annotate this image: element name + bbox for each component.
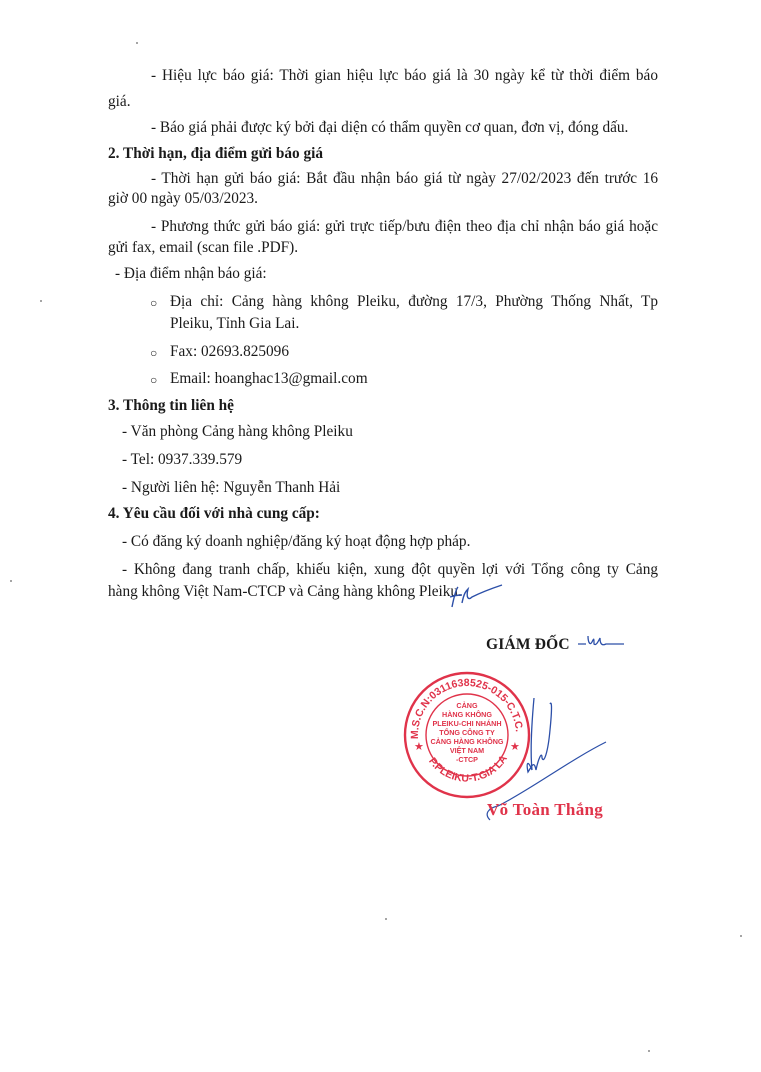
location-label: - Địa điểm nhận báo giá:	[115, 265, 267, 283]
method-line-1: - Phương thức gửi báo giá: gửi trực tiếp…	[151, 218, 658, 236]
deadline-line-1: - Thời hạn gửi báo giá: Bắt đầu nhận báo…	[151, 170, 658, 188]
address-line-1: Địa chỉ: Cảng hàng không Pleiku, đường 1…	[170, 293, 658, 311]
requirement-2-line-1: - Không đang tranh chấp, khiếu kiện, xun…	[122, 561, 658, 579]
validity-line-1: - Hiệu lực báo giá: Thời gian hiệu lực b…	[151, 67, 658, 85]
section-4-heading: 4. Yêu cầu đối với nhà cung cấp:	[108, 505, 320, 523]
contact-person: - Người liên hệ: Nguyễn Thanh Hải	[122, 479, 340, 497]
signature-requirement: - Báo giá phải được ký bởi đại diện có t…	[151, 119, 628, 137]
contact-tel: - Tel: 0937.339.579	[122, 451, 242, 469]
fax-number: Fax: 02693.825096	[170, 343, 289, 361]
section-3-heading: 3. Thông tin liên hệ	[108, 397, 234, 415]
scan-speck	[40, 300, 42, 302]
method-line-2: gửi fax, email (scan file .PDF).	[108, 239, 298, 257]
scan-speck	[136, 42, 138, 44]
scan-speck	[740, 935, 742, 937]
svg-text:★: ★	[414, 741, 424, 753]
contact-office: - Văn phòng Cảng hàng không Pleiku	[122, 423, 353, 441]
address-line-2: Pleiku, Tỉnh Gia Lai.	[170, 315, 299, 333]
signer-title: GIÁM ĐỐC	[486, 636, 570, 654]
requirement-1: - Có đăng ký doanh nghiệp/đăng ký hoạt đ…	[122, 533, 470, 551]
scan-speck	[648, 1050, 650, 1052]
section-2-heading: 2. Thời hạn, địa điểm gửi báo giá	[108, 145, 323, 163]
scan-speck	[10, 580, 12, 582]
title-initials-icon	[576, 632, 626, 652]
validity-line-2: giá.	[108, 93, 131, 111]
bullet-icon: ○	[150, 346, 157, 361]
bullet-icon: ○	[150, 373, 157, 388]
email-address: Email: hoanghac13@gmail.com	[170, 370, 368, 388]
signer-name: Võ Toàn Thắng	[487, 800, 603, 820]
scan-speck	[385, 918, 387, 920]
deadline-line-2: giờ 00 ngày 05/03/2023.	[108, 190, 258, 208]
bullet-icon: ○	[150, 296, 157, 311]
requirement-2-line-2: hàng không Việt Nam-CTCP và Cảng hàng kh…	[108, 583, 462, 601]
initials-signature-icon	[446, 583, 506, 611]
